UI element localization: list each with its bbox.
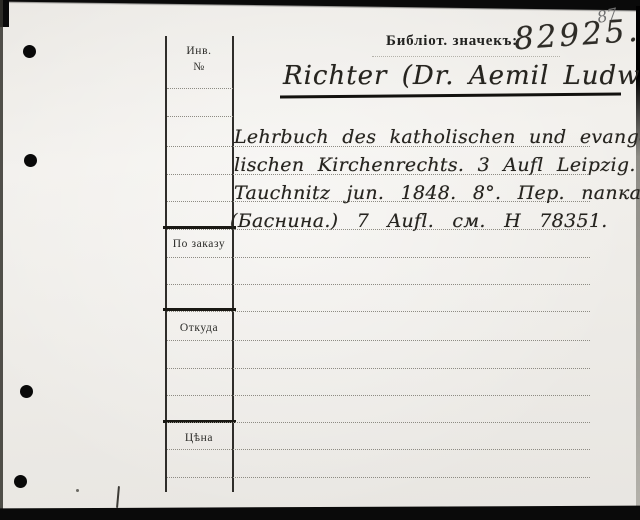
ruled-line bbox=[167, 311, 590, 312]
ruled-line bbox=[167, 368, 590, 369]
ruled-line bbox=[167, 395, 590, 396]
ruled-line bbox=[167, 449, 590, 450]
body-line-4: (Баснина.) 7 Aufl. см. Н 78351. bbox=[230, 210, 608, 232]
punch-hole bbox=[20, 385, 33, 398]
order-label: По заказу bbox=[164, 237, 234, 253]
library-mark-number: 82925. bbox=[513, 13, 640, 58]
ruled-line-column bbox=[167, 88, 233, 89]
body-line-1: Lehrbuch des katholischen und evange- bbox=[234, 126, 640, 148]
origin-label: Откуда bbox=[164, 321, 234, 337]
ruled-line-column bbox=[167, 116, 233, 117]
ruled-line bbox=[167, 257, 590, 258]
scan-edge-bottom bbox=[0, 506, 640, 520]
library-mark-label: Библіот. значекъ: bbox=[386, 33, 518, 50]
ruled-line bbox=[167, 340, 590, 341]
price-label: Цѣна bbox=[164, 431, 234, 447]
punch-hole bbox=[14, 475, 27, 488]
inventory-label-line2: № bbox=[164, 60, 234, 76]
body-line-2: lischen Kirchenrechts. 3 Aufl Leipzig. bbox=[234, 154, 636, 176]
inventory-label-line1: Инв. bbox=[164, 44, 234, 60]
column-line-left bbox=[165, 36, 167, 492]
scan-edge-top bbox=[0, 0, 640, 11]
body-line-3: Tauchnitz jun. 1848. 8°. Пер. папка. bbox=[234, 182, 640, 204]
ink-speck bbox=[76, 489, 79, 492]
ruled-line bbox=[167, 422, 590, 423]
ruled-line bbox=[167, 477, 590, 478]
catalog-card: Инв. № По заказу Откуда Цѣна Библіот. зн… bbox=[0, 0, 640, 520]
ruled-line bbox=[167, 284, 590, 285]
punch-hole bbox=[23, 45, 36, 58]
column-line-right bbox=[232, 36, 234, 492]
author-title-line: Richter (Dr. Aemil Ludw.) bbox=[283, 61, 640, 91]
inventory-number-label: Инв. № bbox=[164, 44, 234, 75]
title-underline bbox=[280, 93, 621, 99]
punch-hole bbox=[24, 154, 37, 167]
card-edge-left bbox=[0, 0, 3, 520]
stray-pen-stroke bbox=[116, 486, 120, 508]
